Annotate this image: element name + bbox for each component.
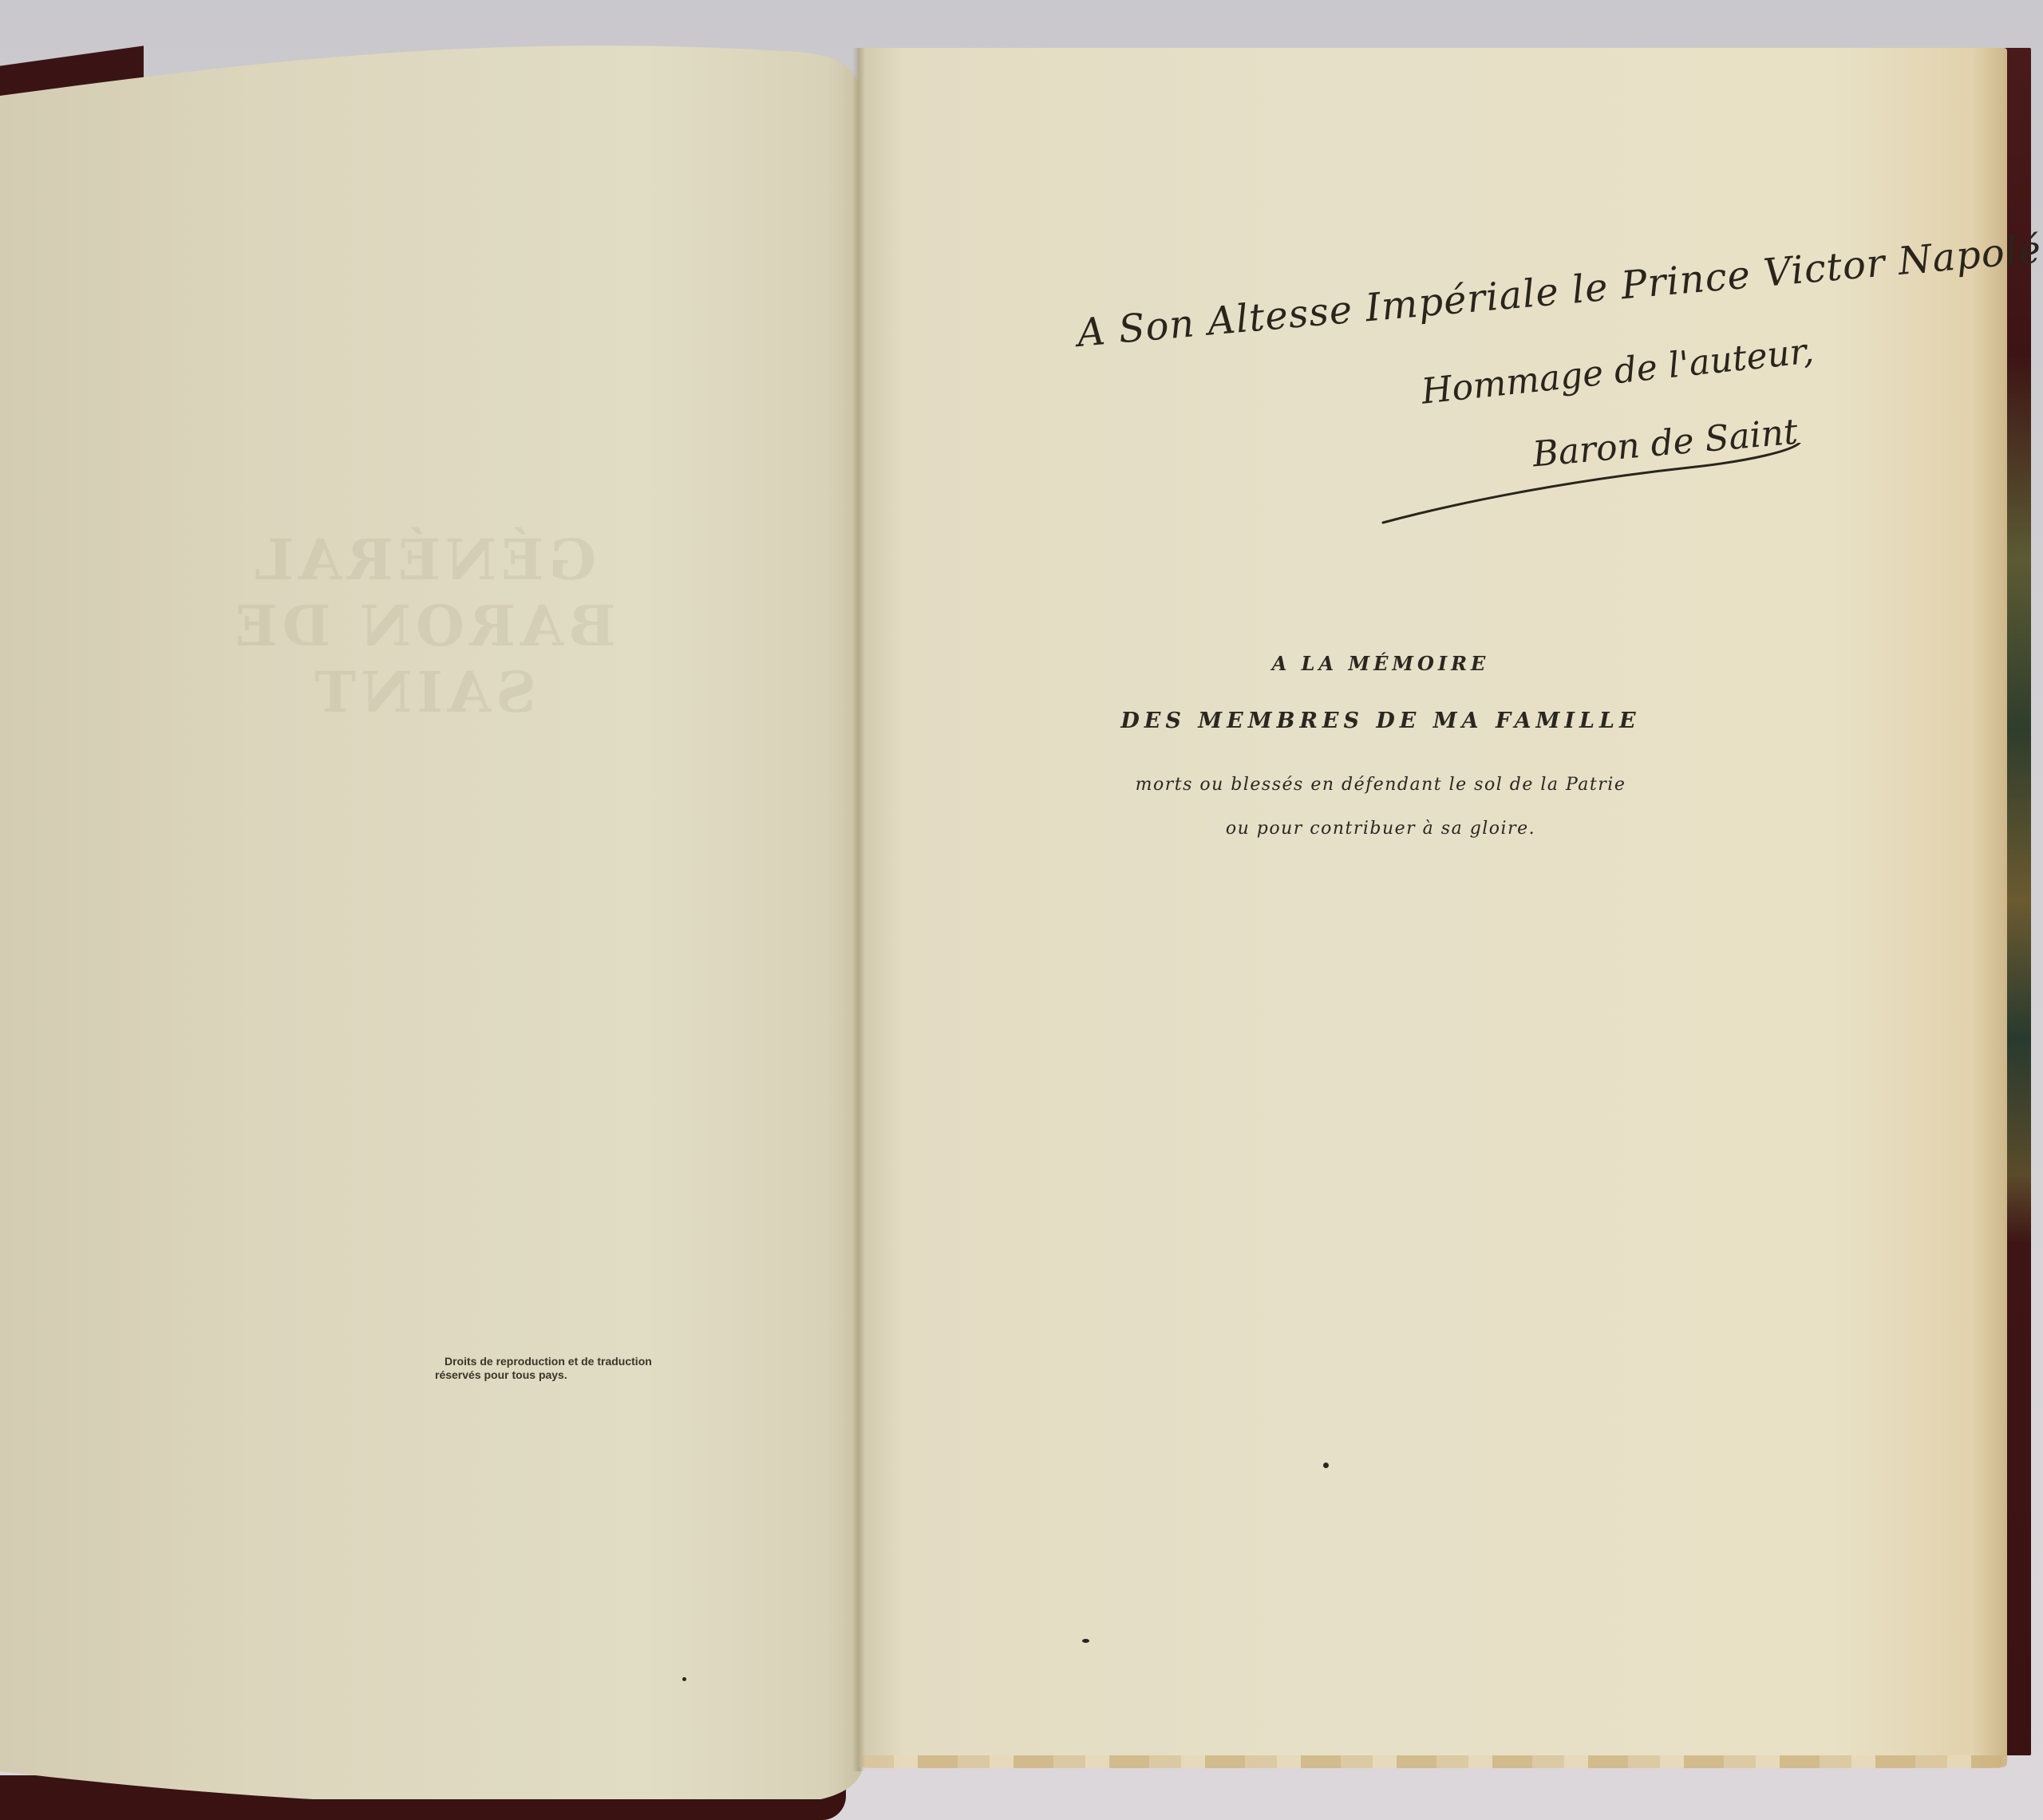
copyright-notice: Droits de reproduction et de traduction … — [435, 1355, 652, 1382]
book-photo: GÉNÉRAL BARON DE SAINT Droits de reprodu… — [0, 0, 2043, 1820]
inscription-line-2: Hommage de l'auteur, — [1420, 330, 1816, 412]
dedication-line-4: ou pour contribuer à sa gloire. — [1101, 819, 1660, 839]
gutter-shadow — [852, 48, 865, 1771]
copyright-line-2: réservés pour tous pays. — [435, 1368, 652, 1382]
dedication-line-2: DES MEMBRES DE MA FAMILLE — [1101, 709, 1660, 733]
ink-speck — [1082, 1639, 1089, 1643]
bleed-through-title: GÉNÉRAL BARON DE SAINT — [112, 527, 734, 725]
ink-speck — [1323, 1463, 1329, 1468]
ink-speck — [682, 1677, 686, 1681]
dedication-line-3: morts ou blessés en défendant le sol de … — [1101, 775, 1660, 795]
dedication-line-1: A LA MÉMOIRE — [1101, 652, 1660, 675]
deckle-edge — [862, 1755, 2003, 1768]
signature-flourish-icon — [1377, 443, 1808, 531]
copyright-line-1: Droits de reproduction et de traduction — [435, 1355, 652, 1368]
dedication-block: A LA MÉMOIRE DES MEMBRES DE MA FAMILLE m… — [1101, 642, 1660, 839]
left-page — [0, 32, 862, 1799]
